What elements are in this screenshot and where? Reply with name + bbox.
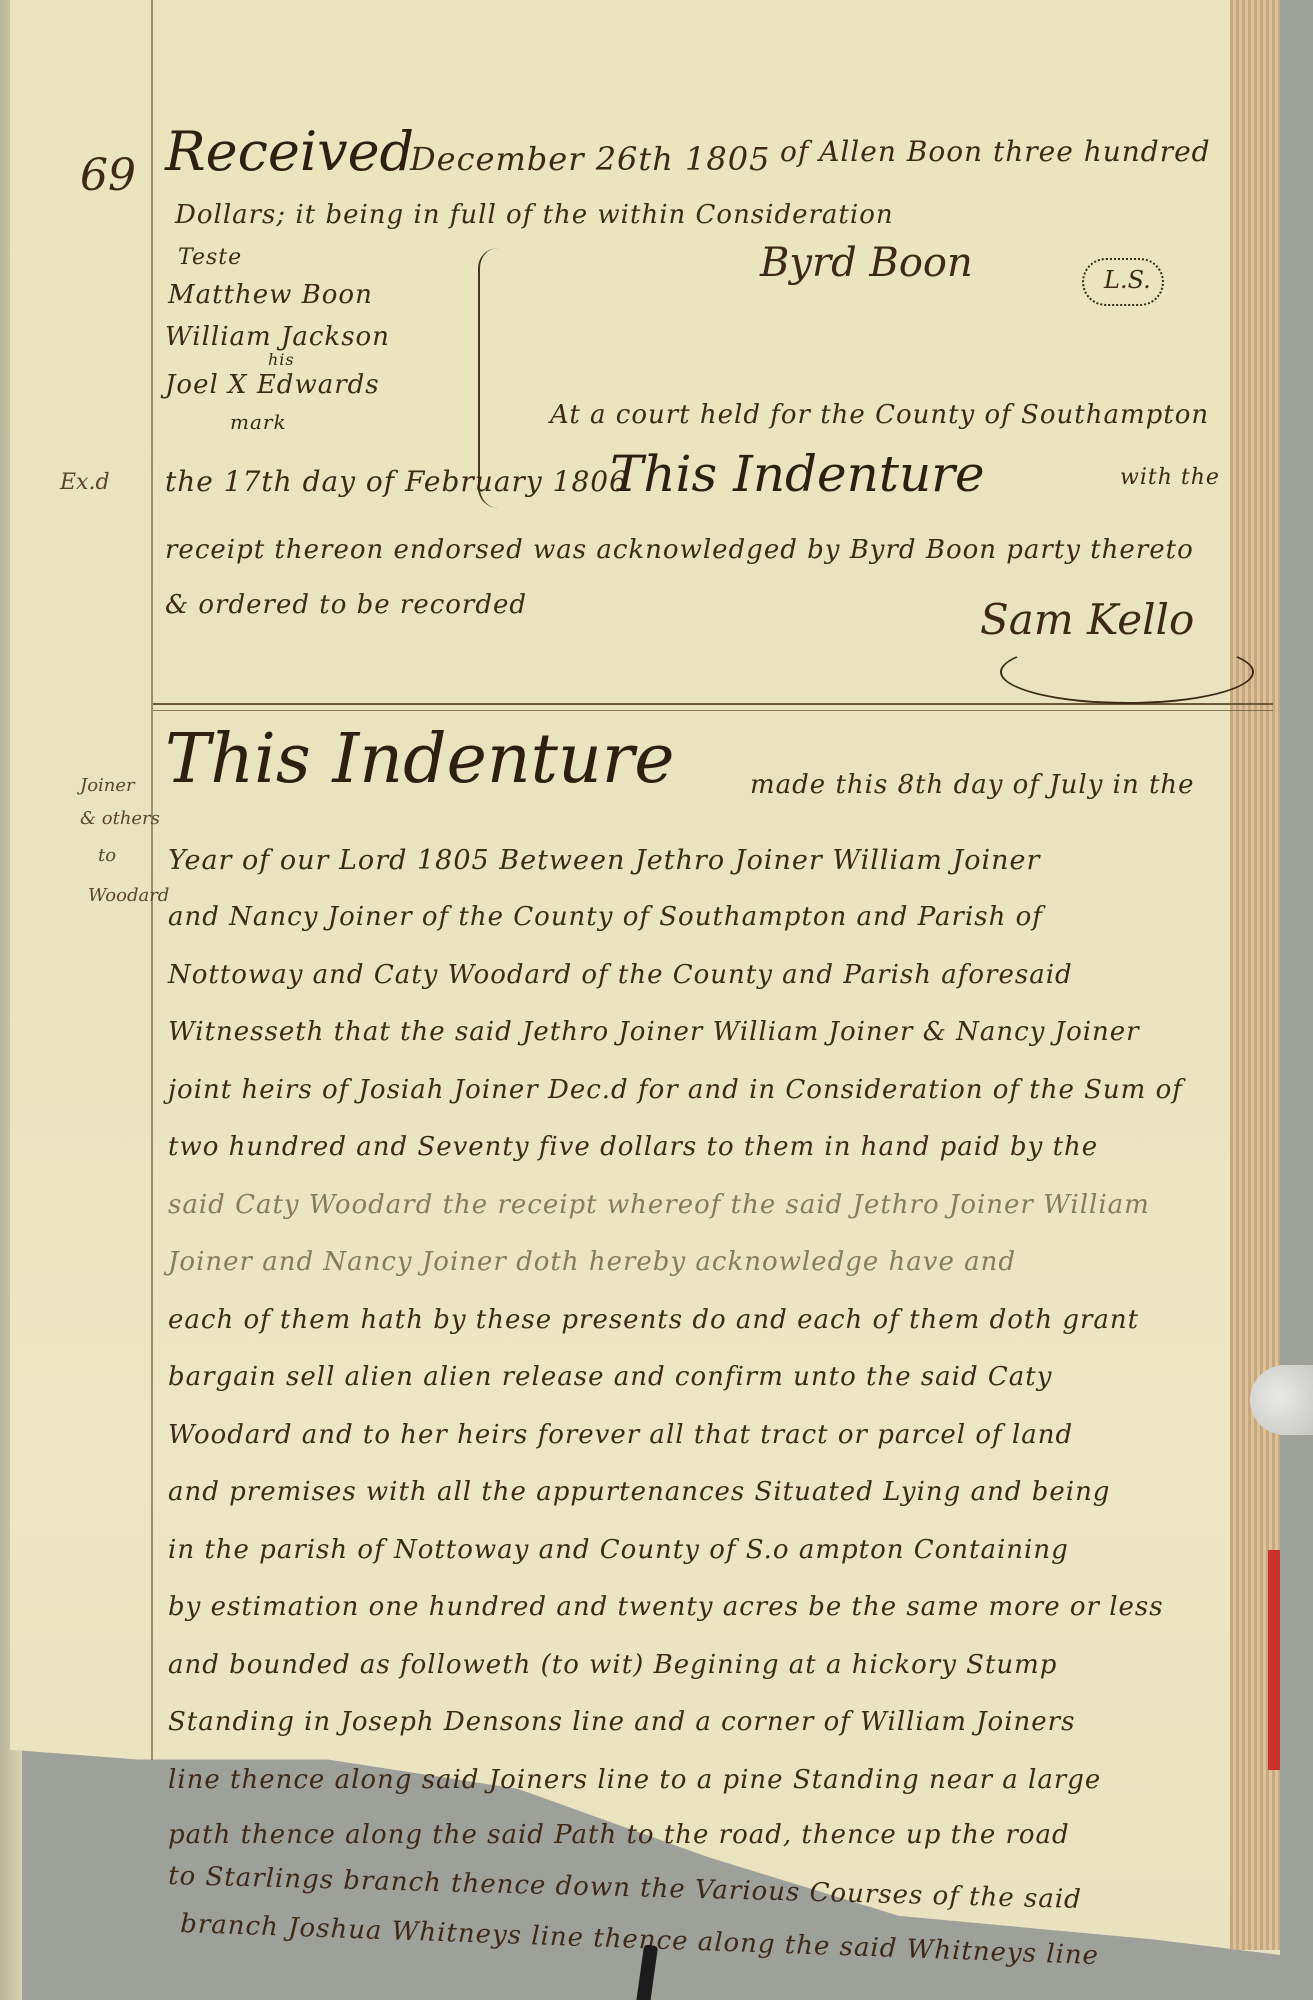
indenture-line: and premises with all the appurtenances … (168, 1477, 1110, 1507)
court-entry-line-4: & ordered to be recorded (165, 590, 527, 620)
indenture-line: Witnesseth that the said Jethro Joiner W… (168, 1017, 1140, 1047)
court-entry-date: the 17th day of February 1806 (165, 465, 628, 498)
margin-note-line-3: to (98, 845, 116, 866)
margin-note-line-4: Woodard (88, 885, 169, 906)
margin-note-line-1: Joiner (80, 775, 135, 796)
court-entry-with-the: with the (1120, 465, 1220, 490)
grantor-signature: Byrd Boon (760, 240, 973, 286)
seal-text: L.S. (1104, 266, 1151, 294)
indenture-line: two hundred and Seventy five dollars to … (168, 1132, 1098, 1162)
witness-1: Matthew Boon (168, 280, 373, 310)
receipt-date: December 26th 1805 (410, 140, 770, 178)
witness-2: William Jackson (165, 322, 390, 352)
indenture-line: said Caty Woodard the receipt whereof th… (168, 1190, 1150, 1220)
holding-thumb (1250, 1365, 1313, 1435)
red-page-edge (1268, 1550, 1280, 1770)
receipt-amount-line: Dollars; it being in full of the within … (175, 200, 894, 230)
witness-3: Joel X Edwards (165, 370, 380, 400)
indenture-line: and Nancy Joiner of the County of Southa… (168, 902, 1043, 932)
margin-note-line-2: & others (80, 808, 160, 829)
indenture-line: line thence along said Joiners line to a… (168, 1765, 1101, 1795)
indenture-line: Woodard and to her heirs forever all tha… (168, 1420, 1073, 1450)
indenture-line: Standing in Joseph Densons line and a co… (168, 1707, 1075, 1737)
clerk-signature: Sam Kello (980, 595, 1194, 644)
receipt-payer: of Allen Boon three hundred (780, 135, 1211, 168)
teste-label: Teste (178, 245, 242, 270)
margin-rule (151, 0, 153, 1760)
receipt-heading: Received (165, 120, 414, 183)
indenture-line: by estimation one hundred and twenty acr… (168, 1592, 1164, 1622)
court-entry-indenture-title: This Indenture (610, 445, 985, 503)
court-entry-line-3: receipt thereon endorsed was acknowledge… (165, 535, 1194, 565)
indenture-line: Year of our Lord 1805 Between Jethro Joi… (168, 845, 1040, 876)
indenture-line: Nottoway and Caty Woodard of the County … (168, 960, 1073, 990)
seal: L.S. (1082, 258, 1164, 306)
indenture-line: bargain sell alien alien release and con… (168, 1362, 1052, 1392)
indenture-line: each of them hath by these presents do a… (168, 1305, 1139, 1335)
section-divider-secondary (153, 710, 1273, 711)
witness-mark-label: mark (230, 410, 287, 434)
indenture-line: in the parish of Nottoway and County of … (168, 1535, 1069, 1565)
margin-note-examined: Ex.d (60, 470, 110, 495)
page-number: 69 (80, 150, 136, 201)
signature-flourish (1000, 640, 1254, 704)
court-entry-line-1: At a court held for the County of Southa… (550, 400, 1209, 430)
indenture-line: path thence along the said Path to the r… (168, 1820, 1070, 1850)
indenture-line: and bounded as followeth (to wit) Begini… (168, 1650, 1057, 1680)
indenture-line: joint heirs of Josiah Joiner Dec.d for a… (168, 1075, 1183, 1105)
witness-mark-his: his (268, 350, 295, 369)
indenture-line: made this 8th day of July in the (750, 770, 1195, 800)
indenture-line: Joiner and Nancy Joiner doth hereby ackn… (168, 1247, 1016, 1277)
indenture-title: This Indenture (165, 720, 675, 799)
